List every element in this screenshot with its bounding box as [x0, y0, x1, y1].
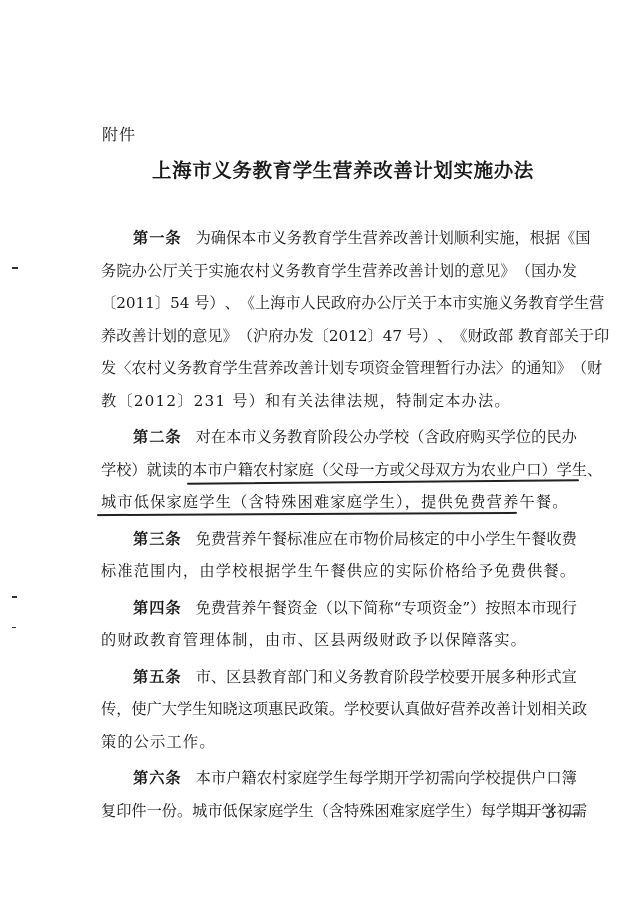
- article-heading: 第五条: [133, 661, 182, 694]
- article-heading: 第六条: [133, 762, 182, 795]
- paragraph-line: 标准范围内，由学校根据学生午餐供应的实际价格给予免费供餐。: [101, 555, 577, 588]
- paragraph-line: 第六条本市户籍农村家庭学生每学期开学初需向学校提供户口簿: [101, 762, 577, 795]
- article-text: 本市户籍农村家庭学生每学期开学初需向学校提供户口簿: [196, 762, 577, 795]
- article-text: 免费营养午餐资金（以下简称“专项资金”）按照本市现行: [196, 592, 577, 625]
- paragraph-line: 第一条为确保本市义务教育学生营养改善计划顺利实施，根据《国: [101, 222, 577, 255]
- scan-margin-mark: [12, 267, 18, 269]
- article-heading: 第三条: [133, 523, 182, 556]
- article-text: 市、区县教育部门和义务教育阶段学校要开展多种形式宣: [196, 661, 577, 694]
- paragraph-line: 务院办公厅关于实施农村义务教育学生营养改善计划的意见》（国办发: [101, 255, 577, 288]
- article-heading: 第一条: [133, 222, 182, 255]
- paragraph-line: 第五条市、区县教育部门和义务教育阶段学校要开展多种形式宣: [101, 661, 577, 694]
- paragraph-line: 〔2011〕54 号）、《上海市人民政府办公厅关于本市实施义务教育学生营: [101, 287, 577, 320]
- paragraph-line: 第三条免费营养午餐标准应在市物价局核定的中小学生午餐收费: [101, 523, 577, 556]
- document-title: 上海市义务教育学生营养改善计划实施办法: [152, 155, 534, 183]
- scan-margin-mark: [12, 596, 17, 598]
- paragraph-line: 第四条免费营养午餐资金（以下简称“专项资金”）按照本市现行: [101, 592, 577, 625]
- attachment-label: 附件: [102, 122, 136, 145]
- article-text: 为确保本市义务教育学生营养改善计划顺利实施，根据《国: [196, 222, 591, 255]
- paragraph-line: 发〈农村义务教育学生营养改善计划专项资金管理暂行办法〉的通知》（财: [101, 352, 577, 385]
- paragraph-line: 的财政教育管理体制，由市、区县两级财政予以保障落实。: [101, 624, 577, 657]
- article-heading: 第四条: [133, 592, 182, 625]
- paragraph-line: 传，使广大学生知晓这项惠民政策。学校要认真做好营养改善计划相关政: [101, 693, 577, 726]
- paragraph-line: 策的公示工作。: [101, 726, 577, 759]
- article-text: 免费营养午餐标准应在市物价局核定的中小学生午餐收费: [196, 523, 577, 556]
- paragraph-line: 复印件一份。城市低保家庭学生（含特殊困难家庭学生）每学期开学初需: [101, 795, 577, 828]
- article-2: 第二条对在本市义务教育阶段公办学校（含政府购买学位的民办 学校）就读的本市户籍农…: [101, 421, 577, 519]
- article-3: 第三条免费营养午餐标准应在市物价局核定的中小学生午餐收费 标准范围内，由学校根据…: [101, 523, 577, 588]
- article-heading: 第二条: [133, 421, 182, 454]
- document-body: 第一条为确保本市义务教育学生营养改善计划顺利实施，根据《国 务院办公厅关于实施农…: [101, 222, 577, 827]
- article-4: 第四条免费营养午餐资金（以下简称“专项资金”）按照本市现行 的财政教育管理体制，…: [101, 592, 577, 657]
- paragraph-line: 教〔2012〕231 号）和有关法律法规，特制定本办法。: [101, 385, 577, 418]
- document-page: 附件 上海市义务教育学生营养改善计划实施办法 第一条为确保本市义务教育学生营养改…: [0, 0, 639, 901]
- page-number: — 3 —: [520, 803, 582, 822]
- article-text: 对在本市义务教育阶段公办学校（含政府购买学位的民办: [196, 421, 577, 454]
- article-5: 第五条市、区县教育部门和义务教育阶段学校要开展多种形式宣 传，使广大学生知晓这项…: [101, 661, 577, 759]
- article-6: 第六条本市户籍农村家庭学生每学期开学初需向学校提供户口簿 复印件一份。城市低保家…: [101, 762, 577, 827]
- paragraph-line: 养改善计划的意见》（沪府办发〔2012〕47 号）、《财政部 教育部关于印: [101, 320, 577, 353]
- article-1: 第一条为确保本市义务教育学生营养改善计划顺利实施，根据《国 务院办公厅关于实施农…: [101, 222, 577, 417]
- scan-margin-mark: [12, 627, 16, 628]
- paragraph-line: 第二条对在本市义务教育阶段公办学校（含政府购买学位的民办: [101, 421, 577, 454]
